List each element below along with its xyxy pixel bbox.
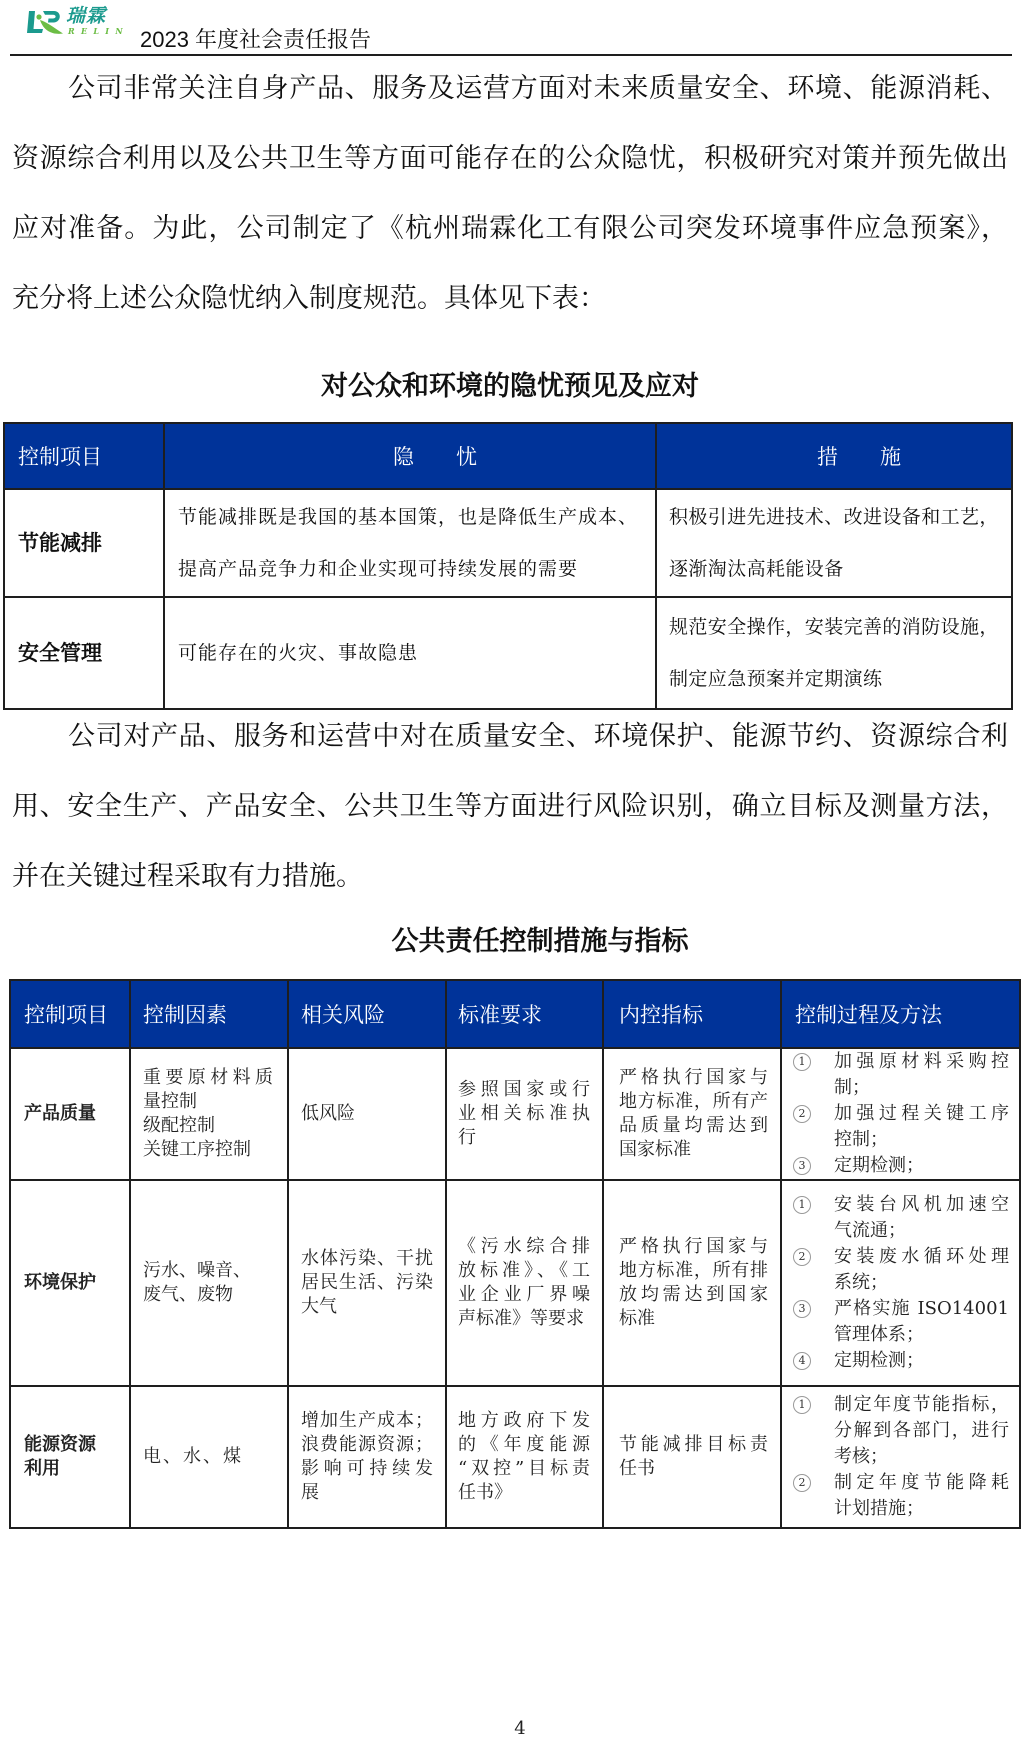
risk-control-paragraph: 公司对产品、服务和运营中对在质量安全、环境保护、能源节约、资源综合利 用、安全生… bbox=[12, 702, 1008, 912]
indicator-cell: 严格执行国家与 地方标准，所有排 放均需达到国家 标准 bbox=[603, 1180, 781, 1386]
standard-cell: 地方政府下发 的《年度能源 “双控”目标责 任书》 bbox=[446, 1386, 603, 1528]
cell-line: 制； bbox=[834, 1075, 1009, 1101]
cell-line: 参照国家或行 bbox=[458, 1078, 590, 1102]
circled-number-marker: 4 bbox=[793, 1352, 811, 1370]
relin-logo-mark-icon bbox=[26, 9, 64, 35]
cell-line: 能源资源 bbox=[24, 1433, 129, 1457]
circled-number-marker: 3 bbox=[793, 1157, 811, 1175]
cell-line: 业企业厂界噪 bbox=[458, 1283, 590, 1307]
paragraph-line: 公司对产品、服务和运营中对在质量安全、环境保护、能源节约、资源综合利 bbox=[12, 702, 1008, 772]
col-header-related-risk: 相关风险 bbox=[288, 980, 446, 1048]
cell-line: 定期检测； bbox=[834, 1153, 1009, 1179]
cell-line: 加强原材料采购控 bbox=[834, 1049, 1009, 1075]
circled-number-marker: 1 bbox=[793, 1053, 811, 1071]
row-item-label: 能源资源 利用 bbox=[10, 1386, 130, 1528]
cell-line: 任书 bbox=[619, 1457, 768, 1481]
factor-cell: 污水、噪音、 废气、废物 bbox=[130, 1180, 288, 1386]
risk-cell: 水体污染、干扰 居民生活、污染 大气 bbox=[288, 1180, 446, 1386]
paragraph-line: 并在关键过程采取有力措施。 bbox=[12, 842, 1008, 912]
cell-line: 节能减排目标责 bbox=[619, 1433, 768, 1457]
risk-cell: 低风险 bbox=[288, 1048, 446, 1180]
page-number: 4 bbox=[490, 1718, 550, 1740]
cell-line: 品质量均需达到 bbox=[619, 1114, 768, 1138]
cell-line: 的《年度能源 bbox=[458, 1433, 590, 1457]
row-item-label: 环境保护 bbox=[10, 1180, 130, 1386]
measure-cell: 积极引进先进技术、改进设备和工艺， 逐渐淘汰高耗能设备 bbox=[656, 489, 1012, 597]
cell-line: 计划措施； bbox=[834, 1496, 1009, 1522]
cell-line: 严格执行国家与 bbox=[619, 1235, 768, 1259]
cell-line: 安装台风机加速空 bbox=[834, 1192, 1009, 1218]
table2-title: 公共责任控制措施与指标 bbox=[240, 925, 840, 959]
table-header-row: 控制项目 隐 忧 措 施 bbox=[4, 423, 1012, 489]
cell-line: 系统； bbox=[834, 1270, 1009, 1296]
cell-line: 严格执行国家与 bbox=[619, 1066, 768, 1090]
paragraph-line: 用、安全生产、产品安全、公共卫生等方面进行风险识别，确立目标及测量方法， bbox=[12, 772, 1008, 842]
cell-line: 管理体系； bbox=[834, 1322, 1009, 1348]
process-step: 4 定期检测； bbox=[793, 1348, 1009, 1374]
paragraph-line: 资源综合利用以及公共卫生等方面可能存在的公众隐忧，积极研究对策并预先做出 bbox=[12, 124, 1008, 194]
cell-line: 居民生活、污染 bbox=[301, 1271, 433, 1295]
process-step: 2 制定年度节能降耗 计划措施； bbox=[793, 1470, 1009, 1522]
cell-line: 水体污染、干扰 bbox=[301, 1247, 433, 1271]
cell-line: 废气、废物 bbox=[143, 1283, 273, 1307]
cell-line: 展 bbox=[301, 1481, 433, 1505]
cell-line: 行 bbox=[458, 1126, 590, 1150]
report-title: 2023 年度社会责任报告 bbox=[140, 27, 371, 53]
cell-line: 规范安全操作，安装完善的消防设施， bbox=[669, 601, 1011, 653]
cell-line: 地方政府下发 bbox=[458, 1409, 590, 1433]
responsibility-control-table: 控制项目 控制因素 相关风险 标准要求 内控指标 控制过程及方法 产品质量 重要… bbox=[9, 979, 1021, 1529]
process-step: 3 严格实施 ISO14001 管理体系； bbox=[793, 1296, 1009, 1348]
cell-line: 制定应急预案并定期演练 bbox=[669, 653, 1011, 705]
process-step: 1 加强原材料采购控 制； bbox=[793, 1049, 1009, 1101]
cell-line: 安装废水循环处理 bbox=[834, 1244, 1009, 1270]
cell-line: 级配控制 bbox=[143, 1114, 273, 1138]
cell-line: 重要原材料质 bbox=[143, 1066, 273, 1090]
concern-cell: 节能减排既是我国的基本国策，也是降低生产成本、 提高产品竞争力和企业实现可持续发… bbox=[164, 489, 656, 597]
col-header-concern: 隐 忧 bbox=[164, 423, 656, 489]
cell-line: 逐渐淘汰高耗能设备 bbox=[669, 543, 1011, 595]
row-item-label: 安全管理 bbox=[4, 597, 164, 709]
process-step: 1 制定年度节能指标， 分解到各部门，进行 考核； bbox=[793, 1392, 1009, 1470]
cell-line: 分解到各部门，进行 bbox=[834, 1418, 1009, 1444]
public-concerns-table: 控制项目 隐 忧 措 施 节能减排 节能减排既是我国的基本国策，也是降低生产成本… bbox=[3, 422, 1013, 710]
cell-line: 产品质量 bbox=[24, 1102, 129, 1126]
cell-line: 提高产品竞争力和企业实现可持续发展的需要 bbox=[178, 543, 655, 595]
page-header: 瑞霖 RELIN 2023 年度社会责任报告 bbox=[0, 0, 1024, 58]
factor-cell: 电、水、煤 bbox=[130, 1386, 288, 1528]
cell-line: 严格实施 ISO14001 bbox=[834, 1296, 1009, 1322]
row-item-label: 产品质量 bbox=[10, 1048, 130, 1180]
cell-line: 任书》 bbox=[458, 1481, 590, 1505]
process-step: 2 安装废水循环处理 系统； bbox=[793, 1244, 1009, 1296]
table-row: 能源资源 利用 电、水、煤 增加生产成本； 浪费能源资源； 影响可持续发 展 地… bbox=[10, 1386, 1020, 1528]
table-row: 产品质量 重要原材料质 量控制 级配控制 关键工序控制 低风险 参照国家或行 业… bbox=[10, 1048, 1020, 1180]
logo-english-name: RELIN bbox=[68, 27, 129, 36]
cell-line: 关键工序控制 bbox=[143, 1138, 273, 1162]
process-step: 3 定期检测； bbox=[793, 1153, 1009, 1179]
process-cell: 1 安装台风机加速空 气流通； 2 安装废水循环处理 系统； 3 严格实施 IS… bbox=[781, 1180, 1020, 1386]
paragraph-line: 公司非常关注自身产品、服务及运营方面对未来质量安全、环境、能源消耗、 bbox=[12, 54, 1008, 124]
cell-line: 制定年度节能指标， bbox=[834, 1392, 1009, 1418]
factor-cell: 重要原材料质 量控制 级配控制 关键工序控制 bbox=[130, 1048, 288, 1180]
cell-line: 国家标准 bbox=[619, 1138, 768, 1162]
cell-line: 业相关标准执 bbox=[458, 1102, 590, 1126]
cell-line: 大气 bbox=[301, 1295, 433, 1319]
col-header-control-factor: 控制因素 bbox=[130, 980, 288, 1048]
col-header-measure: 措 施 bbox=[656, 423, 1012, 489]
cell-line: 地方标准，所有产 bbox=[619, 1090, 768, 1114]
standard-cell: 《污水综合排 放标准》、《工 业企业厂界噪 声标准》等要求 bbox=[446, 1180, 603, 1386]
circled-number-marker: 2 bbox=[793, 1105, 811, 1123]
cell-line: “双控”目标责 bbox=[458, 1457, 590, 1481]
table-row: 环境保护 污水、噪音、 废气、废物 水体污染、干扰 居民生活、污染 大气 《污水… bbox=[10, 1180, 1020, 1386]
row-item-label: 节能减排 bbox=[4, 489, 164, 597]
cell-line: 量控制 bbox=[143, 1090, 273, 1114]
cell-line: 污水、噪音、 bbox=[143, 1259, 273, 1283]
indicator-cell: 节能减排目标责 任书 bbox=[603, 1386, 781, 1528]
cell-line: 利用 bbox=[24, 1457, 129, 1481]
cell-line: 地方标准，所有排 bbox=[619, 1259, 768, 1283]
cell-line: 制定年度节能降耗 bbox=[834, 1470, 1009, 1496]
process-step: 1 安装台风机加速空 气流通； bbox=[793, 1192, 1009, 1244]
cell-line: 放标准》、《工 bbox=[458, 1259, 590, 1283]
intro-paragraph: 公司非常关注自身产品、服务及运营方面对未来质量安全、环境、能源消耗、 资源综合利… bbox=[12, 54, 1008, 334]
risk-cell: 增加生产成本； 浪费能源资源； 影响可持续发 展 bbox=[288, 1386, 446, 1528]
col-header-internal-indicator: 内控指标 bbox=[603, 980, 781, 1048]
cell-line: 放均需达到国家 bbox=[619, 1283, 768, 1307]
col-header-control-item: 控制项目 bbox=[10, 980, 130, 1048]
cell-line: 定期检测； bbox=[834, 1348, 1009, 1374]
process-cell: 1 制定年度节能指标， 分解到各部门，进行 考核； 2 制定年度节能降耗 计划措… bbox=[781, 1386, 1020, 1528]
cell-line: 增加生产成本； bbox=[301, 1409, 433, 1433]
cell-line: 可能存在的火灾、事故隐患 bbox=[178, 627, 655, 679]
cell-line: 影响可持续发 bbox=[301, 1457, 433, 1481]
circled-number-marker: 1 bbox=[793, 1196, 811, 1214]
col-header-control-item: 控制项目 bbox=[4, 423, 164, 489]
cell-line: 积极引进先进技术、改进设备和工艺， bbox=[669, 491, 1011, 543]
circled-number-marker: 1 bbox=[793, 1396, 811, 1414]
col-header-standard: 标准要求 bbox=[446, 980, 603, 1048]
standard-cell: 参照国家或行 业相关标准执 行 bbox=[446, 1048, 603, 1180]
cell-line: 考核； bbox=[834, 1444, 1009, 1470]
cell-line: 加强过程关键工序 bbox=[834, 1101, 1009, 1127]
cell-line: 《污水综合排 bbox=[458, 1235, 590, 1259]
process-cell: 1 加强原材料采购控 制； 2 加强过程关键工序 控制； 3 定期检测； bbox=[781, 1048, 1020, 1180]
circled-number-marker: 2 bbox=[793, 1248, 811, 1266]
table-header-row: 控制项目 控制因素 相关风险 标准要求 内控指标 控制过程及方法 bbox=[10, 980, 1020, 1048]
cell-line: 电、水、煤 bbox=[143, 1445, 273, 1469]
process-step: 2 加强过程关键工序 控制； bbox=[793, 1101, 1009, 1153]
cell-line: 控制； bbox=[834, 1127, 1009, 1153]
table-row: 节能减排 节能减排既是我国的基本国策，也是降低生产成本、 提高产品竞争力和企业实… bbox=[4, 489, 1012, 597]
circled-number-marker: 2 bbox=[793, 1474, 811, 1492]
paragraph-line: 充分将上述公众隐忧纳入制度规范。具体见下表： bbox=[12, 264, 1008, 334]
table1-title: 对公众和环境的隐忧预见及应对 bbox=[12, 370, 1008, 404]
cell-line: 气流通； bbox=[834, 1218, 1009, 1244]
circled-number-marker: 3 bbox=[793, 1300, 811, 1318]
cell-line: 声标准》等要求 bbox=[458, 1307, 590, 1331]
cell-line: 浪费能源资源； bbox=[301, 1433, 433, 1457]
col-header-process-method: 控制过程及方法 bbox=[781, 980, 1020, 1048]
measure-cell: 规范安全操作，安装完善的消防设施， 制定应急预案并定期演练 bbox=[656, 597, 1012, 709]
table-row: 安全管理 可能存在的火灾、事故隐患 规范安全操作，安装完善的消防设施， 制定应急… bbox=[4, 597, 1012, 709]
cell-line: 标准 bbox=[619, 1307, 768, 1331]
cell-line: 节能减排既是我国的基本国策，也是降低生产成本、 bbox=[178, 491, 655, 543]
concern-cell: 可能存在的火灾、事故隐患 bbox=[164, 597, 656, 709]
logo-chinese-name: 瑞霖 bbox=[66, 6, 106, 27]
indicator-cell: 严格执行国家与 地方标准，所有产 品质量均需达到 国家标准 bbox=[603, 1048, 781, 1180]
cell-line: 环境保护 bbox=[24, 1271, 129, 1295]
paragraph-line: 应对准备。为此，公司制定了《杭州瑞霖化工有限公司突发环境事件应急预案》， bbox=[12, 194, 1008, 264]
cell-line: 低风险 bbox=[301, 1102, 433, 1126]
